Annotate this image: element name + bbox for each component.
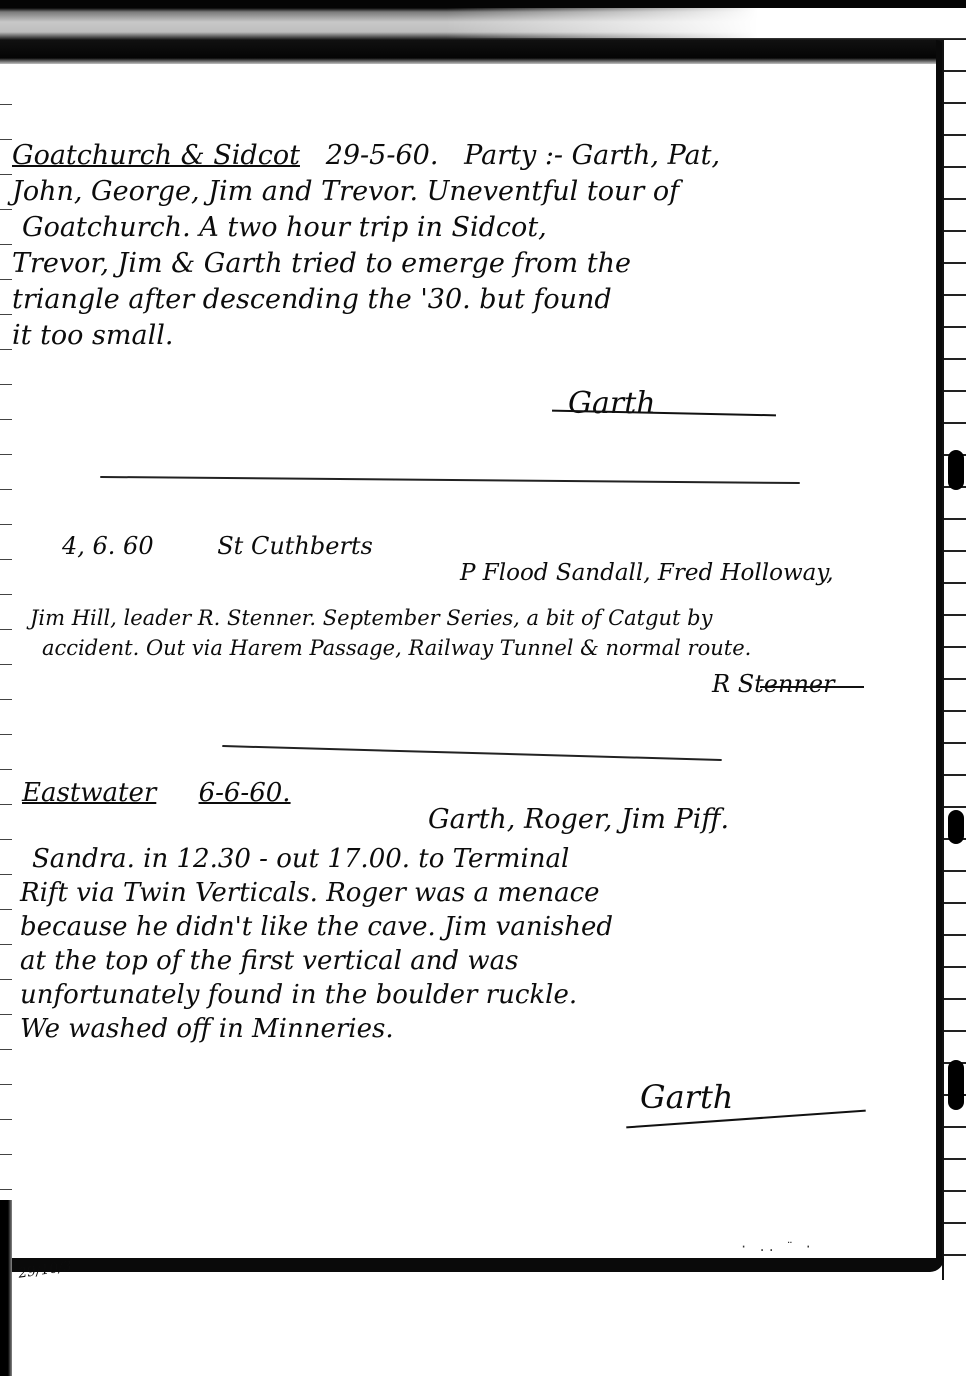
entry-title: St Cuthberts: [217, 532, 373, 560]
entry-line: Rift via Twin Verticals. Roger was a men…: [20, 876, 613, 910]
entry-party: P Flood Sandall, Fred Holloway,: [460, 560, 834, 586]
signature: Garth: [568, 386, 656, 421]
entry-line: triangle after descending the '30. but f…: [12, 282, 720, 318]
entry-line: it too small.: [12, 318, 720, 354]
entry-divider: [222, 745, 722, 761]
entry-line: at the top of the first vertical and was: [20, 944, 613, 978]
entry-date: 6-6-60.: [199, 778, 291, 808]
entry-line: because he didn't like the cave. Jim van…: [20, 910, 613, 944]
entry-heading-line: 4, 6. 60 St Cuthberts: [62, 532, 429, 560]
left-margin-ruling: [0, 70, 12, 1250]
page-bottom-border: [0, 1258, 944, 1272]
log-entry-goatchurch: Goatchurch & Sidcot 29-5-60. Party :- Ga…: [12, 138, 720, 354]
entry-line: Sandra. in 12.30 - out 17.00. to Termina…: [20, 842, 613, 876]
entry-party: Garth, Roger, Jim Piff.: [428, 804, 729, 835]
signature: Garth: [640, 1078, 733, 1116]
entry-line: John, George, Jim and Trevor. Uneventful…: [12, 174, 720, 210]
scan-top-binding: [0, 0, 966, 64]
log-entry-eastwater: Sandra. in 12.30 - out 17.00. to Termina…: [20, 842, 613, 1046]
entry-heading-line: Eastwater 6-6-60.: [22, 778, 325, 808]
page-edge-right: [942, 40, 966, 1280]
entry-title: Eastwater: [22, 778, 156, 808]
entry-date: 29-5-60.: [326, 140, 439, 171]
page-left-edge: [0, 1200, 12, 1376]
signature-underline: [760, 686, 864, 688]
entry-heading-line: Goatchurch & Sidcot 29-5-60. Party :- Ga…: [12, 138, 720, 174]
entry-line: Goatchurch. A two hour trip in Sidcot,: [12, 210, 720, 246]
log-entry-st-cuthberts: Jim Hill, leader R. Stenner. September S…: [30, 603, 751, 663]
entry-line: unfortunately found in the boulder ruckl…: [20, 978, 613, 1012]
entry-title: Goatchurch & Sidcot: [12, 140, 300, 171]
entry-line: Trevor, Jim & Garth tried to emerge from…: [12, 246, 720, 282]
signature: R Stenner: [712, 670, 835, 698]
entry-date: 4, 6. 60: [62, 532, 154, 560]
entry-line: Jim Hill, leader R. Stenner. September S…: [30, 603, 751, 633]
entry-line: We washed off in Minneries.: [20, 1012, 613, 1046]
entry-line: accident. Out via Harem Passage, Railway…: [30, 633, 751, 663]
scan-specks: · .. ¨ ·: [740, 1240, 814, 1254]
entry-party: Party :- Garth, Pat,: [464, 140, 720, 171]
entry-divider: [100, 476, 800, 484]
